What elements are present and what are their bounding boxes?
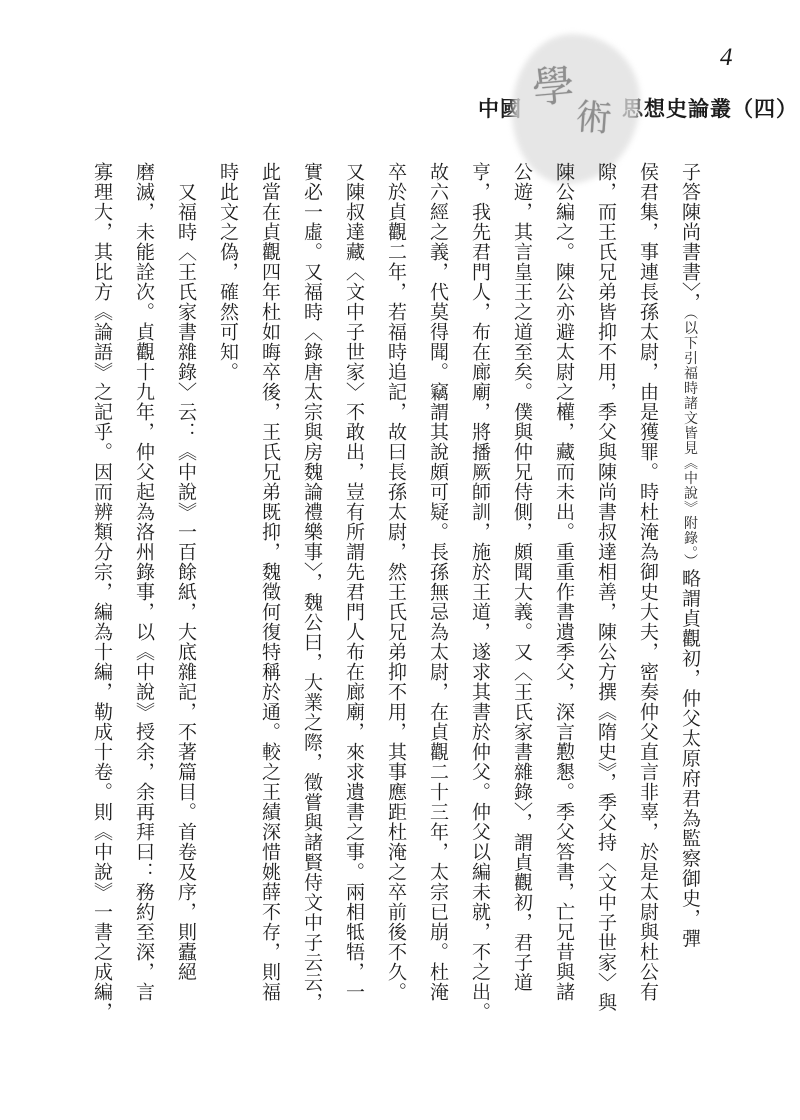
text-segment: 寡理大，其比方《論語》之記乎。因而辨類分宗，編為十編，勒成十卷。則《中說》一書之… (91, 162, 112, 1022)
text-segment: 卒於貞觀二年，若福時追記，故曰長孫太尉，然王氏兄弟抑不用，其事應距杜淹之卒前後不… (385, 162, 406, 1002)
text-column: 又陳叔達藏〈文中子世家〉不敢出，豈有所謂先君門人布在廊廟，來求遺書之事。兩相牴牾… (332, 162, 374, 1026)
text-segment: 實必一虛。又福時〈錄唐太宗與房魏論禮樂事〉，魏公曰，大業之際，徵嘗與諸賢侍文中子… (301, 162, 322, 1013)
text-segment: 陳公編之。陳公亦避太尉之權，藏而未出。重重作書遺季父，深言懃懇。季父答書，亡兄昔… (553, 162, 574, 1002)
text-segment: 子答陳尚書書〉， (679, 162, 700, 313)
calligraphy-char-xue: 學 (529, 52, 577, 116)
text-segment: 侯君集，事連長孫太尉，由是獲罪。時杜淹為御史大夫，密奏仲父直言非辜，於是太尉與杜… (637, 162, 658, 1002)
inline-annotation: （以下引福時諸文皆見《中說》附錄。） (682, 313, 697, 569)
text-segment: 亨，我先君門人，布在廊廟，將播厥師訓，施於王道，遂求其書於仲父。仲父以編未就，不… (469, 162, 490, 1022)
text-segment: 此當在貞觀四年杜如晦卒後，王氏兄弟既抑，魏徵何復特稱於通。較之王績深惜姚薛不存，… (259, 162, 280, 1002)
text-column: 實必一虛。又福時〈錄唐太宗與房魏論禮樂事〉，魏公曰，大業之際，徵嘗與諸賢侍文中子… (290, 162, 332, 1026)
calligraphy-seal: 學 術 (524, 76, 620, 140)
running-title-part2: 思想史論叢（四） (622, 93, 798, 123)
text-column: 亨，我先君門人，布在廊廟，將播厥師訓，施於王道，遂求其書於仲父。仲父以編未就，不… (458, 162, 500, 1026)
text-column: 故六經之義，代莫得聞。竊謂其說頗可疑。長孫無忌為太尉，在貞觀二十三年，太宗已崩。… (416, 162, 458, 1026)
text-column: 侯君集，事連長孫太尉，由是獲罪。時杜淹為御史大夫，密奏仲父直言非辜，於是太尉與杜… (626, 162, 668, 1026)
text-column: 隙，而王氏兄弟皆抑不用，季父與陳尚書叔達相善，陳公方撰《隋史》，季父持〈文中子世… (584, 162, 626, 1026)
page-header: 中國 學 術 思想史論叢（四） 4 (0, 0, 800, 160)
text-column: 時此文之偽，確然可知。 (206, 162, 248, 1026)
running-title: 中國 學 術 思想史論叢（四） (478, 76, 798, 140)
text-segment: 故六經之義，代莫得聞。竊謂其說頗可疑。長孫無忌為太尉，在貞觀二十三年，太宗已崩。… (427, 162, 448, 1002)
text-segment: 隙，而王氏兄弟皆抑不用，季父與陳尚書叔達相善，陳公方撰《隋史》，季父持〈文中子世… (595, 162, 616, 1013)
text-segment: 磨滅，未能詮次。貞觀十九年，仲父起為洛州錄事，以《中說》授余，余再拜曰：務約至深… (133, 162, 154, 1002)
text-column: 公遊，其言皇王之道至矣。僕與仲兄侍側，頗聞大義。又〈王氏家書雜錄〉，謂貞觀初，君… (500, 162, 542, 1026)
text-segment: 又陳叔達藏〈文中子世家〉不敢出，豈有所謂先君門人布在廊廟，來求遺書之事。兩相牴牾… (343, 162, 364, 1002)
text-column: 子答陳尚書書〉，（以下引福時諸文皆見《中說》附錄。）略謂貞觀初，仲父太原府君為監… (668, 162, 710, 1026)
text-column: 磨滅，未能詮次。貞觀十九年，仲父起為洛州錄事，以《中說》授余，余再拜曰：務約至深… (122, 162, 164, 1026)
text-column: 此當在貞觀四年杜如晦卒後，王氏兄弟既抑，魏徵何復特稱於通。較之王績深惜姚薛不存，… (248, 162, 290, 1026)
text-column: 寡理大，其比方《論語》之記乎。因而辨類分宗，編為十編，勒成十卷。則《中說》一書之… (80, 162, 122, 1026)
text-segment: 又福時〈王氏家書雜錄〉云：《中說》一百餘紙，大底雜記，不著篇目。首卷及序，則蠹絕 (175, 162, 196, 982)
text-column: 陳公編之。陳公亦避太尉之權，藏而未出。重重作書遺季父，深言懃懇。季父答書，亡兄昔… (542, 162, 584, 1026)
text-segment: 略謂貞觀初，仲父太原府君為監察御史，彈 (679, 569, 700, 949)
text-segment: 公遊，其言皇王之道至矣。僕與仲兄侍側，頗聞大義。又〈王氏家書雜錄〉，謂貞觀初，君… (511, 162, 532, 993)
text-column: 卒於貞觀二年，若福時追記，故曰長孫太尉，然王氏兄弟抑不用，其事應距杜淹之卒前後不… (374, 162, 416, 1026)
text-column: 又福時〈王氏家書雜錄〉云：《中說》一百餘紙，大底雜記，不著篇目。首卷及序，則蠹絕 (164, 162, 206, 1026)
page-number: 4 (720, 44, 733, 72)
calligraphy-char-shu: 術 (574, 89, 614, 142)
body-text-block: 子答陳尚書書〉，（以下引福時諸文皆見《中說》附錄。）略謂貞觀初，仲父太原府君為監… (80, 162, 710, 1026)
text-segment: 時此文之偽，確然可知。 (217, 162, 238, 382)
